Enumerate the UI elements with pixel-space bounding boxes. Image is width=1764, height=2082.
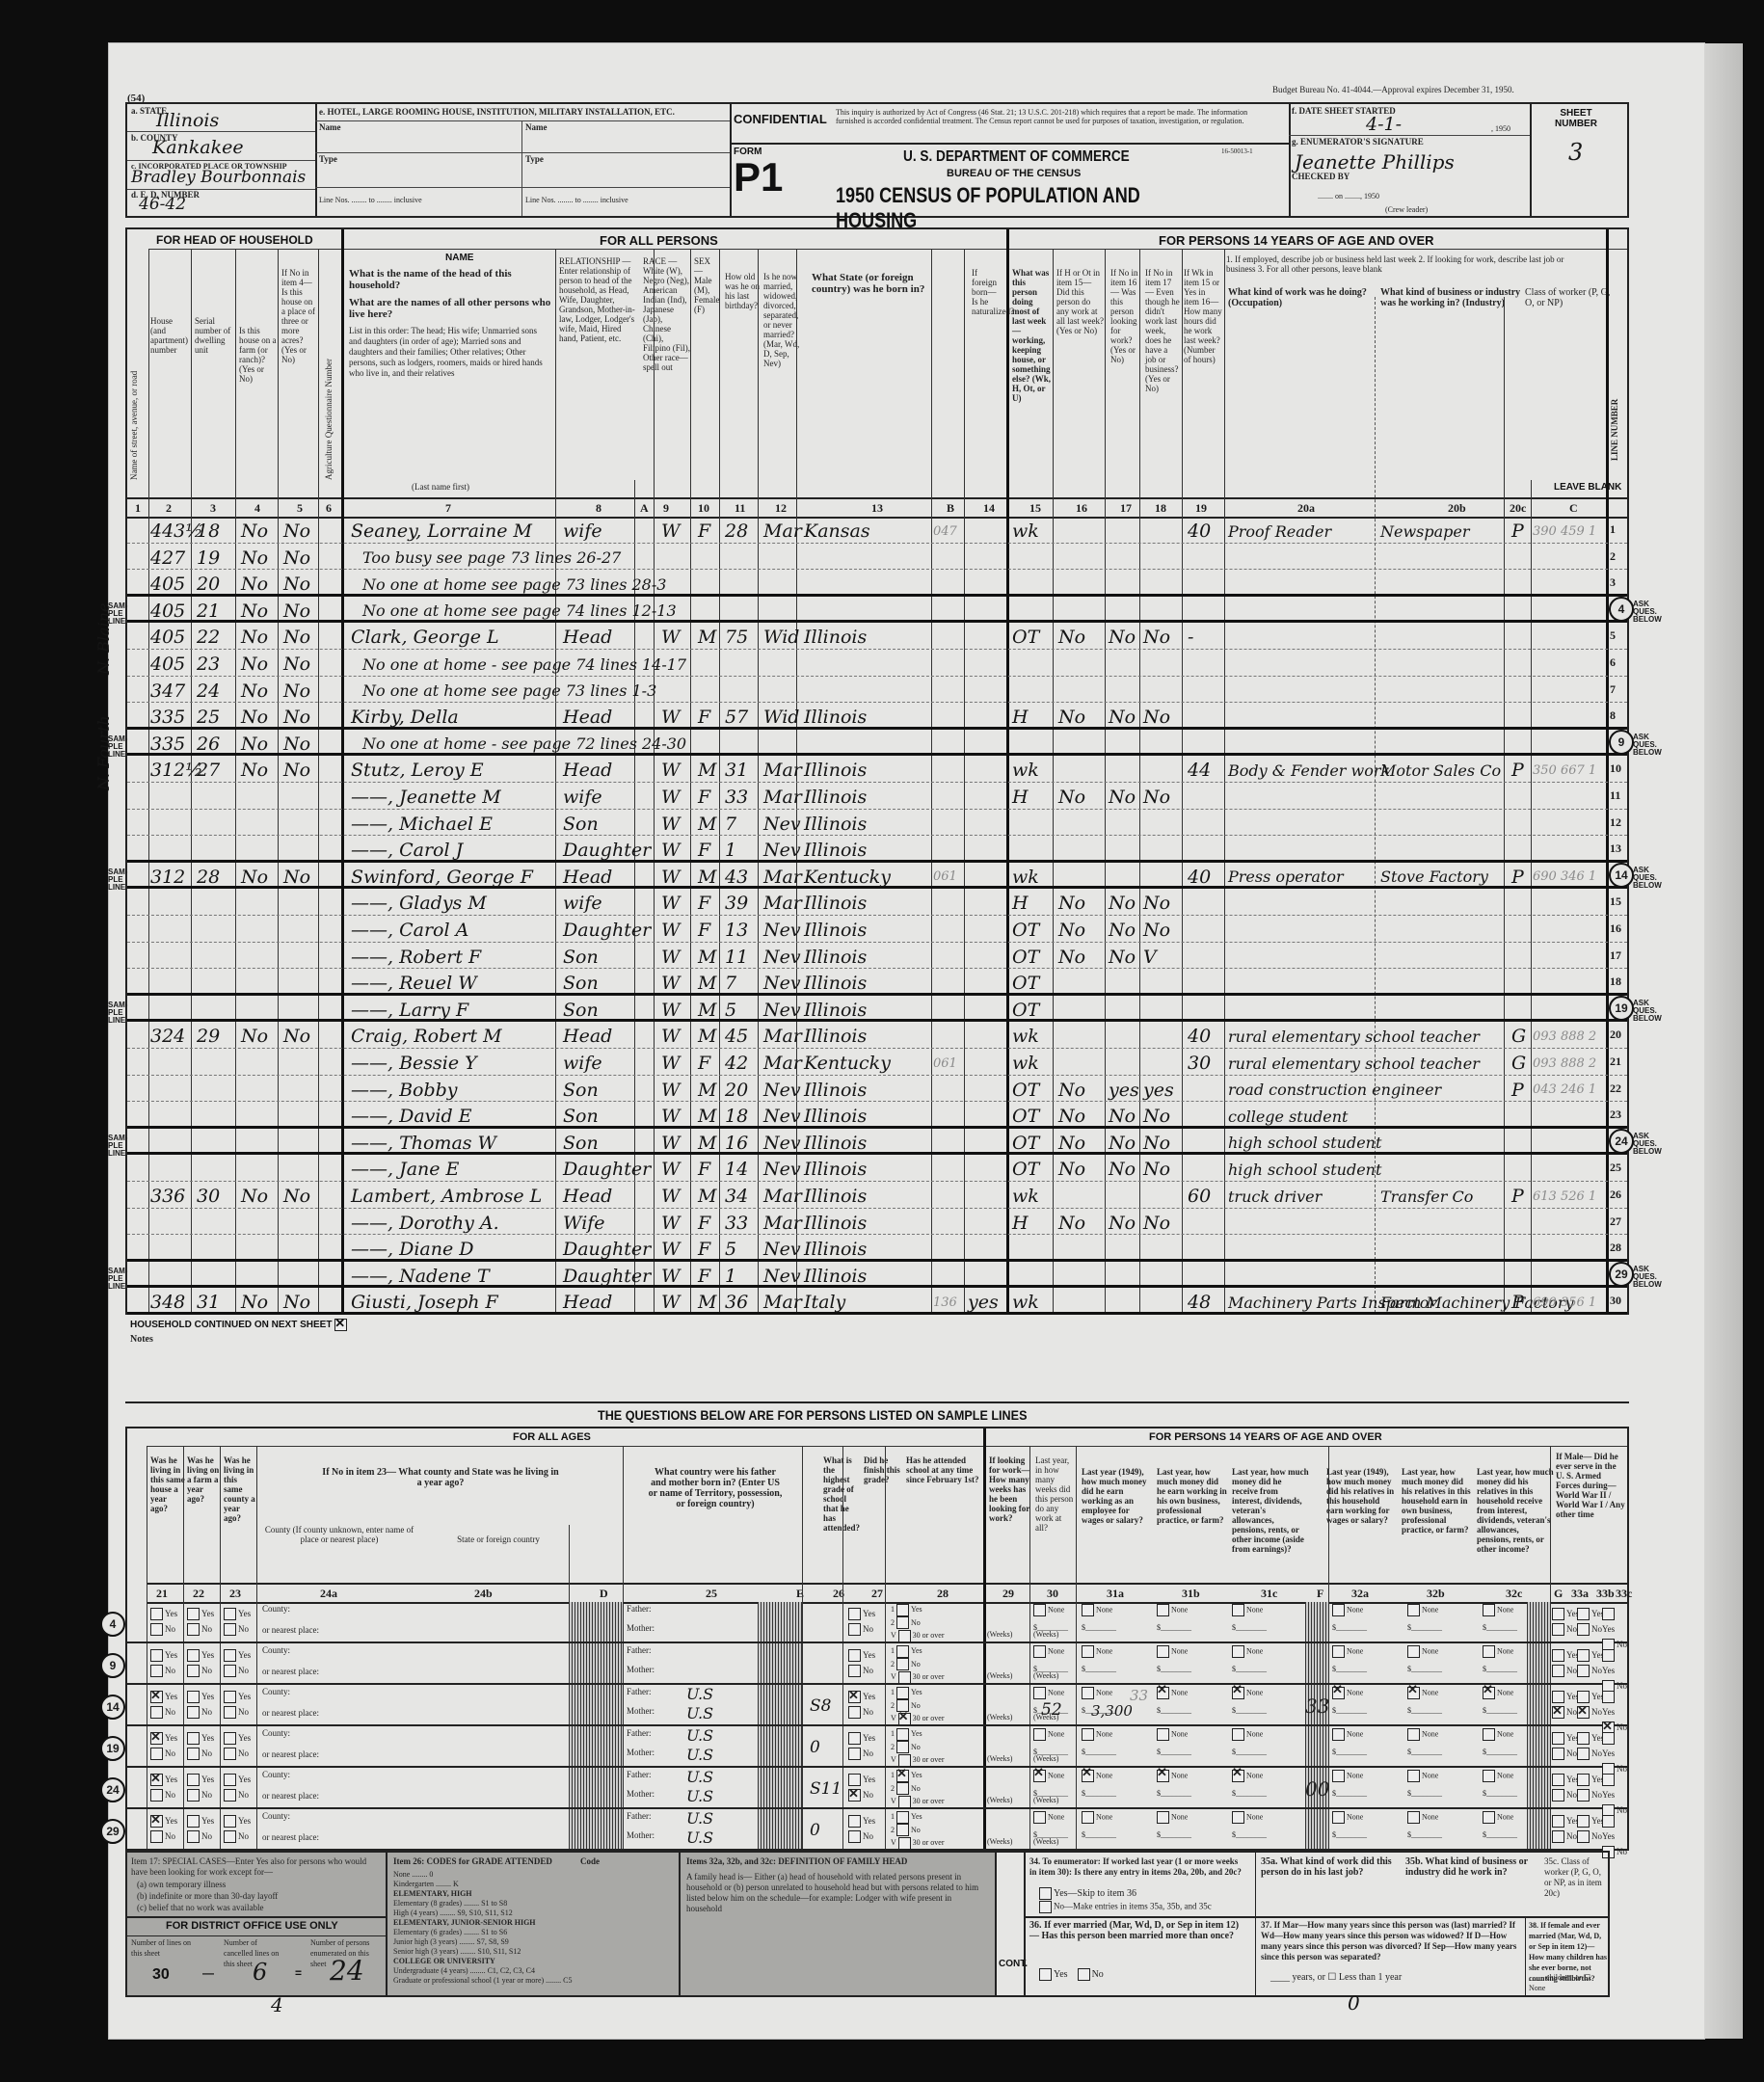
worked-cell: No (1058, 1157, 1085, 1182)
grade-code-row: Junior high (3 years) ........ S7, S8, S… (393, 1937, 673, 1947)
type-label-2: Type (525, 154, 544, 164)
line-number: 22 (1610, 1081, 1621, 1096)
relationship-cell: wife (563, 785, 602, 810)
q30-none[interactable]: None$________ (1033, 1811, 1068, 1840)
name-cell: ——, Bobby (351, 1078, 458, 1103)
activity-cell: H (1012, 1211, 1029, 1236)
sample-column-number-row: 21 22 23 24a 24b D 25 E 26 27 28 29 30 3… (147, 1583, 1627, 1604)
q32a-none[interactable]: None$________ (1332, 1687, 1367, 1716)
line-nos-1: Line Nos. ........ to ........ inclusive (319, 195, 422, 205)
sample-line-tag: SAM-PLE LINE (108, 1001, 127, 1025)
occupation-cell: rural elementary school teacher (1228, 1024, 1480, 1049)
item17-b: (b) indefinite or more than 30-day layof… (137, 1891, 278, 1902)
farm-cell: No (241, 732, 268, 757)
race-cell: W (661, 1264, 681, 1289)
table-row: ——, Dorothy A.WifeWF33MarIllinoisHNoNoNo… (127, 1209, 1627, 1236)
race-cell: W (661, 1157, 681, 1182)
q31c-none[interactable]: None$________ (1232, 1604, 1267, 1633)
sex-cell: M (698, 945, 716, 970)
occupation-note: 1. If employed, describe job or business… (1226, 254, 1592, 274)
q31b-none[interactable]: None$________ (1157, 1604, 1191, 1633)
line-number: 26 (1610, 1188, 1621, 1202)
name-cell: ——, Bessie Y (351, 1051, 477, 1076)
note-cell: No one at home - see page 72 lines 24-30 (362, 732, 686, 757)
county-label: County: (262, 1728, 290, 1739)
grade-code-row: High (4 years) ........ S9, S10, S11, S1… (393, 1908, 673, 1918)
age-cell: 1 (725, 838, 736, 863)
table-row: 34831NoNoGiusti, Joseph FHeadWM36MarItal… (127, 1288, 1627, 1315)
birthplace-cell: Illinois (804, 705, 867, 730)
looking-cell: No (1109, 625, 1136, 650)
q31c-none[interactable]: None$________ (1232, 1728, 1267, 1757)
q31a-none[interactable]: None$________ (1082, 1645, 1116, 1674)
q22-checkbox[interactable]: YesNo (187, 1730, 214, 1761)
sex-cell: M (698, 1290, 716, 1315)
sex-col-header: SEX — Male (M), Female (F) (694, 256, 721, 314)
line-number: 3 (1610, 575, 1616, 590)
q21-checkbox[interactable]: YesNo (150, 1647, 177, 1678)
marital-status-cell: Mar (763, 1211, 802, 1236)
race-cell: W (661, 1104, 681, 1129)
has-job-cell: No (1143, 1131, 1170, 1156)
q36-options[interactable]: Yes No (1039, 1968, 1104, 1981)
q27-checkbox[interactable]: YesNo (848, 1772, 875, 1802)
relationship-cell: Head (563, 758, 612, 783)
q32a-none[interactable]: None$________ (1332, 1645, 1367, 1674)
birthplace-cell: Illinois (804, 998, 867, 1023)
code-b-cell: 047 (933, 519, 957, 544)
q28-checkbox[interactable]: 1 Yes2 NoV 30 or over (891, 1810, 945, 1850)
class-of-worker-cell: G (1511, 1024, 1526, 1049)
birthplace-col-header: What State (or foreign country) was he b… (812, 272, 937, 295)
ask-questions-below: ASK QUES. BELOW (1633, 1133, 1652, 1156)
marital-status-cell: Mar (763, 1184, 802, 1209)
q31c-header: Last year, how much money did he receive… (1232, 1467, 1309, 1554)
farm-cell: No (241, 546, 268, 571)
line-number: 9 (1609, 730, 1634, 755)
worked-cell: No (1058, 1211, 1085, 1236)
q31b-none[interactable]: None$________ (1157, 1645, 1191, 1674)
age-cell: 5 (725, 998, 736, 1023)
worked-cell: No (1058, 785, 1085, 810)
looking-cell: No (1109, 1104, 1136, 1129)
sex-cell: M (698, 1131, 716, 1156)
q28-checkbox[interactable]: 1 Yes2 NoV 30 or over (891, 1727, 945, 1767)
race-cell: W (661, 945, 681, 970)
q25-header: What country were his father and mother … (648, 1467, 783, 1509)
acres-cell: No (283, 1184, 310, 1209)
q32b-none[interactable]: None$________ (1407, 1687, 1442, 1716)
sample-line-number: 29 (100, 1819, 125, 1844)
looking-cell: yes (1109, 1078, 1139, 1103)
sheet-number-label: SHEET NUMBER (1547, 108, 1605, 129)
table-row: 443½18NoNoSeaney, Lorraine MwifeWF28MarK… (127, 517, 1627, 544)
confidential-text: This inquiry is authorized by Act of Con… (836, 108, 1270, 125)
q33b-checkbox[interactable]: YesNo (1577, 1813, 1604, 1844)
grade-code-row: Elementary (8 grades) ........ S1 to S8 (393, 1899, 673, 1908)
occupation-code-cell: 390 459 1 (1533, 519, 1596, 544)
q27-checkbox[interactable]: YesNo (848, 1730, 875, 1761)
birthplace-cell: Kentucky (804, 1051, 891, 1076)
class-of-worker-cell: P (1511, 1184, 1524, 1209)
looking-cell: No (1109, 945, 1136, 970)
age-cell: 7 (725, 971, 736, 996)
q31b-none[interactable]: None$________ (1157, 1687, 1191, 1716)
q21-checkbox[interactable]: YesNo (150, 1730, 177, 1761)
mother-birthplace: U.S (686, 1828, 713, 1847)
q34-yes[interactable]: Yes—Skip to item 36 (1039, 1887, 1136, 1900)
nearest-place-label: or nearest place: (262, 1667, 319, 1677)
q31b-none[interactable]: None$________ (1157, 1728, 1191, 1757)
activity-cell: wk (1012, 758, 1039, 783)
q32b-none[interactable]: None$________ (1407, 1645, 1442, 1674)
line-number: 27 (1610, 1214, 1621, 1229)
county-label: County: (262, 1811, 290, 1822)
class-of-worker-cell: G (1511, 1051, 1526, 1076)
q32a-none[interactable]: None$________ (1332, 1770, 1367, 1799)
house-number-cell: 348 (150, 1290, 185, 1315)
occupation-code-cell: 690 356 1 (1533, 1290, 1596, 1315)
table-row: ——, Gladys MwifeWF39MarIllinoisHNoNoNo15 (127, 889, 1627, 916)
activity-cell: OT (1012, 1104, 1039, 1129)
q27-checkbox[interactable]: YesNo (848, 1813, 875, 1844)
q32c-none[interactable]: None$________ (1483, 1811, 1517, 1840)
birthplace-cell: Illinois (804, 891, 867, 916)
sex-cell: F (698, 1237, 710, 1262)
q33b-checkbox[interactable]: YesNo (1577, 1647, 1604, 1678)
acres-cell: No (283, 519, 310, 544)
q31a-none[interactable]: None$________ (1082, 1728, 1116, 1757)
q32b-none[interactable]: None$________ (1407, 1811, 1442, 1840)
q33b-checkbox[interactable]: YesNo (1577, 1772, 1604, 1802)
q32c-none[interactable]: None$________ (1483, 1687, 1517, 1716)
wage-income-code: 33 (1130, 1687, 1148, 1704)
serial-number-cell: 30 (197, 1184, 220, 1209)
marital-status-cell: Mar (763, 891, 802, 916)
name-cell: Seaney, Lorraine M (351, 519, 532, 544)
q31a-none[interactable]: None$________ (1082, 1770, 1116, 1799)
q30-none[interactable]: None$________ (1033, 1728, 1068, 1757)
line-number: 4 (1609, 597, 1634, 622)
leave-blank-c: LEAVE BLANK (1554, 482, 1621, 493)
farm-cell: No (241, 1290, 268, 1315)
naturalized-col-header: If foreign born— Is he naturalized? (972, 268, 1004, 316)
note-cell: Too busy see page 73 lines 26-27 (362, 546, 621, 571)
marital-status-cell: Wid (763, 625, 799, 650)
birthplace-cell: Illinois (804, 1131, 867, 1156)
line-number: 2 (1610, 549, 1616, 564)
name-cell: ——, Dorothy A. (351, 1211, 499, 1236)
age-cell: 18 (725, 1104, 748, 1129)
table-row: 40522NoNoClark, George LHeadWM75WidIllin… (127, 623, 1627, 650)
q33a-checkbox[interactable]: YesNo (1552, 1647, 1579, 1678)
note-cell: No one at home see page 74 lines 12-13 (362, 599, 677, 624)
q22-checkbox[interactable]: YesNo (187, 1689, 214, 1720)
line-number: 25 (1610, 1161, 1621, 1175)
q22-checkbox[interactable]: YesNo (187, 1647, 214, 1678)
age-cell: 31 (725, 758, 748, 783)
note-cell: No one at home - see page 74 lines 14-17 (362, 652, 686, 677)
q27-checkbox[interactable]: YesNo (848, 1647, 875, 1678)
q22-header: Was he living on a farm a year ago? (187, 1455, 220, 1504)
activity-cell: H (1012, 891, 1029, 916)
sample-row: YesNoYesNoYesNoCounty:or nearest place:F… (127, 1602, 1627, 1643)
acres-cell: No (283, 705, 310, 730)
q30-none[interactable]: None$________ (1033, 1645, 1068, 1674)
line-number: 13 (1610, 841, 1621, 856)
date-value: 4-1- (1366, 114, 1402, 135)
race-cell: W (661, 625, 681, 650)
industry-cell: Transfer Co (1380, 1184, 1473, 1209)
weeks-label-29: (Weeks) (987, 1836, 1012, 1847)
marital-status-cell: Mar (763, 1290, 802, 1315)
q30-none[interactable]: None$________ (1033, 1604, 1068, 1633)
street-col-header: Name of street, avenue, or road (129, 287, 147, 480)
race-cell: W (661, 838, 681, 863)
sex-cell: M (698, 625, 716, 650)
q33b-checkbox[interactable]: YesNo (1577, 1689, 1604, 1720)
activity-cell: OT (1012, 918, 1039, 943)
weeks-label-29: (Weeks) (987, 1795, 1012, 1805)
state-value: Illinois (156, 110, 219, 131)
q32b-none[interactable]: None$________ (1407, 1728, 1442, 1757)
q22-checkbox[interactable]: YesNo (187, 1606, 214, 1637)
has-job-cell: No (1143, 1157, 1170, 1182)
q31b-none[interactable]: None$________ (1157, 1811, 1191, 1840)
q22-checkbox[interactable]: YesNo (187, 1813, 214, 1844)
relationship-cell: Son (563, 998, 599, 1023)
q27-checkbox[interactable]: YesNo (848, 1689, 875, 1720)
acres-cell: No (283, 865, 310, 890)
type-label-1: Type (319, 154, 337, 164)
lines-label: Number of lines on this sheet (131, 1937, 193, 1959)
note-cell: No one at home see page 73 lines 28-3 (362, 572, 666, 597)
q30-header: Last year, in how many weeks did this pe… (1035, 1455, 1076, 1533)
enumerator-signature: Jeanette Phillips (1295, 150, 1455, 173)
q31a-none[interactable]: None$________ (1082, 1811, 1116, 1840)
mother-label: Mother: (627, 1623, 655, 1634)
note-cell: No one at home see page 73 lines 1-3 (362, 679, 656, 704)
q23-checkbox[interactable]: YesNo (224, 1606, 251, 1637)
age-cell: 28 (725, 519, 748, 544)
class-of-worker-cell: P (1511, 1078, 1524, 1103)
race-cell: W (661, 785, 681, 810)
occupation-cell: high school student (1228, 1157, 1381, 1182)
acres-cell: No (283, 625, 310, 650)
sample-line-number: 14 (100, 1695, 125, 1720)
line-number: 12 (1610, 815, 1621, 830)
name-cell: ——, Michael E (351, 812, 493, 837)
name-cell: ——, Larry F (351, 998, 468, 1023)
q33a-checkbox[interactable]: YesNo (1552, 1813, 1579, 1844)
q32c-none[interactable]: None$________ (1483, 1604, 1517, 1633)
street-name-2: N. Fourth (94, 715, 113, 790)
line-number: 11 (1610, 788, 1620, 803)
looking-col-header: If No in item 16— Was this person lookin… (1110, 268, 1141, 364)
enumerator-label: g. ENUMERATOR'S SIGNATURE (1292, 137, 1424, 147)
name-col-title: NAME (445, 253, 473, 263)
relationship-cell: Daughter (563, 838, 651, 863)
continued-checkbox[interactable] (334, 1319, 347, 1331)
q23-checkbox[interactable]: YesNo (224, 1689, 251, 1720)
marital-status-cell: Mar (763, 1051, 802, 1076)
q31c-none[interactable]: None$________ (1232, 1770, 1267, 1799)
q21-checkbox[interactable]: YesNo (150, 1813, 177, 1844)
race-cell: W (661, 1290, 681, 1315)
occupation-cell: truck driver (1228, 1184, 1322, 1209)
crew-leader: (Crew leader) (1385, 204, 1428, 215)
farm-cell: No (241, 519, 268, 544)
sex-cell: M (698, 1184, 716, 1209)
birthplace-cell: Illinois (804, 1211, 867, 1236)
line-number: 14 (1609, 863, 1634, 888)
q21-checkbox[interactable]: YesNo (150, 1689, 177, 1720)
name-col-q1: What is the name of the head of this hou… (349, 268, 551, 291)
birthplace-cell: Italy (804, 1290, 845, 1315)
relationship-cell: wife (563, 519, 602, 544)
q21-checkbox[interactable]: YesNo (150, 1772, 177, 1802)
q33b-checkbox[interactable]: YesNo (1577, 1606, 1604, 1637)
q31a-none[interactable]: None$________ (1082, 1604, 1116, 1633)
grade-attended: 0 (810, 1821, 820, 1840)
header-block: a. STATE Illinois b. COUNTY Kankakee c. … (125, 102, 1629, 218)
sample-persons-14-heading: FOR PERSONS 14 YEARS OF AGE AND OVER (1149, 1431, 1382, 1443)
table-row: ——, Bessie YwifeWF42MarKentucky061wk30ru… (127, 1049, 1627, 1076)
mother-label: Mother: (627, 1665, 655, 1675)
q32a-none[interactable]: None$________ (1332, 1811, 1367, 1840)
grade-attended: S8 (810, 1696, 831, 1716)
grade-code-row: None ........ 0 (393, 1870, 673, 1880)
q30-none[interactable]: None$________ (1033, 1770, 1068, 1799)
lines-value: 30 (152, 1966, 170, 1984)
marital-status-cell: Nev (763, 1264, 801, 1289)
q31c-none[interactable]: None$________ (1232, 1645, 1267, 1674)
occupation-code-cell: 093 888 2 (1533, 1051, 1596, 1076)
q27-checkbox[interactable]: YesNo (848, 1606, 875, 1637)
name-cell: ——, Gladys M (351, 891, 487, 916)
table-row: ——, Carol ADaughterWF13NevIllinoisOTNoNo… (127, 916, 1627, 943)
activity-cell: wk (1012, 519, 1039, 544)
table-row: 42719NoNoToo busy see page 73 lines 26-2… (127, 544, 1627, 571)
mother-label: Mother: (627, 1748, 655, 1758)
birthplace-cell: Illinois (804, 1264, 867, 1289)
marital-status-cell: Nev (763, 1078, 801, 1103)
q32c-none[interactable]: None$________ (1483, 1770, 1517, 1799)
worked-cell: No (1058, 945, 1085, 970)
line-number: 30 (1610, 1294, 1621, 1308)
relationship-cell: Son (563, 812, 599, 837)
serial-number-cell: 26 (197, 732, 220, 757)
county-label: County: (262, 1687, 290, 1697)
q32a-none[interactable]: None$________ (1332, 1604, 1367, 1633)
name-cell: ——, Diane D (351, 1237, 473, 1262)
q28-checkbox[interactable]: 1 Yes2 NoV 30 or over (891, 1769, 945, 1808)
father-birthplace: U.S (686, 1726, 713, 1745)
head-of-household-heading: FOR HEAD OF HOUSEHOLD (156, 233, 313, 247)
looking-cell: No (1109, 891, 1136, 916)
occupation-cell: Press operator (1228, 865, 1344, 890)
name-label-1: Name (319, 122, 341, 132)
serial-number-cell: 31 (197, 1290, 220, 1315)
q31c-none[interactable]: None$________ (1232, 1687, 1267, 1716)
q23-checkbox[interactable]: YesNo (224, 1647, 251, 1678)
sample-row: YesNoYesNoYesNoCounty:or nearest place:F… (127, 1643, 1627, 1685)
marital-status-cell: Nev (763, 971, 801, 996)
house-number-cell: 405 (150, 572, 185, 597)
grade-code-row: Kindergarten ........ K (393, 1880, 673, 1889)
sex-cell: M (698, 758, 716, 783)
race-col-header: RACE — White (W), Negro (Neg), American … (643, 256, 691, 372)
code-b-cell: 061 (933, 1051, 957, 1076)
acres-cell: No (283, 732, 310, 757)
grade-attended: S11 (810, 1779, 842, 1799)
race-cell: W (661, 705, 681, 730)
q33b-checkbox[interactable]: YesNo (1577, 1730, 1604, 1761)
street-name-1: N. Blaine (94, 603, 113, 675)
house-number-cell: 335 (150, 732, 185, 757)
birthplace-cell: Illinois (804, 785, 867, 810)
q33a-checkbox[interactable]: YesNo (1552, 1772, 1579, 1802)
q28-checkbox[interactable]: 1 Yes2 NoV 30 or over (891, 1603, 945, 1642)
table-row: ——, Diane DDaughterWF5NevIllinois28 (127, 1235, 1627, 1262)
worked-cell: No (1058, 1078, 1085, 1103)
q34-no[interactable]: No—Make entries in items 35a, 35b, and 3… (1039, 1901, 1212, 1913)
q28-header: Has he attended school at any time since… (906, 1455, 983, 1484)
item17-c: (c) belief that no work was available (137, 1903, 263, 1913)
q27-header: Did he finish this grade? (864, 1455, 902, 1484)
q32c-none[interactable]: None$________ (1483, 1728, 1517, 1757)
worked-cell: No (1058, 705, 1085, 730)
q33a-checkbox[interactable]: YesNo (1552, 1689, 1579, 1720)
q32b-none[interactable]: None$________ (1407, 1604, 1442, 1633)
q33a-checkbox[interactable]: YesNo (1552, 1606, 1579, 1637)
relationship-cell: Head (563, 1290, 612, 1315)
q32a-none[interactable]: None$________ (1332, 1728, 1367, 1757)
has-job-cell: No (1143, 785, 1170, 810)
item17-a: (a) own temporary illness (137, 1880, 226, 1890)
q32b-none[interactable]: None$________ (1407, 1770, 1442, 1799)
q31c-none[interactable]: None$________ (1232, 1811, 1267, 1840)
q31a-header: Last year (1949), how much money did he … (1082, 1467, 1153, 1525)
weeks-worked: 52 (1041, 1700, 1062, 1720)
weeks-label-29: (Weeks) (987, 1629, 1012, 1640)
q23-checkbox[interactable]: YesNo (224, 1772, 251, 1802)
q28-checkbox[interactable]: 1 Yes2 NoV 30 or over (891, 1644, 945, 1684)
relationship-cell: Daughter (563, 1264, 651, 1289)
activity-cell: OT (1012, 1078, 1039, 1103)
has-job-cell: No (1143, 891, 1170, 916)
birthplace-cell: Illinois (804, 1104, 867, 1129)
marital-status-cell: Mar (763, 785, 802, 810)
relationship-cell: Son (563, 1078, 599, 1103)
house-number-cell: 336 (150, 1184, 185, 1209)
q21-checkbox[interactable]: YesNo (150, 1606, 177, 1637)
q32c-none[interactable]: None$________ (1483, 1645, 1517, 1674)
q23-checkbox[interactable]: YesNo (224, 1813, 251, 1844)
q23-checkbox[interactable]: YesNo (224, 1730, 251, 1761)
line-number: 20 (1610, 1028, 1621, 1042)
q33a-checkbox[interactable]: YesNo (1552, 1730, 1579, 1761)
activity-cell: wk (1012, 1184, 1039, 1209)
line-number: 10 (1610, 761, 1621, 776)
q31b-none[interactable]: None$________ (1157, 1770, 1191, 1799)
q22-checkbox[interactable]: YesNo (187, 1772, 214, 1802)
line-number: 8 (1610, 708, 1616, 723)
q28-checkbox[interactable]: 1 Yes2 NoV 30 or over (891, 1686, 945, 1725)
race-cell: W (661, 519, 681, 544)
county-label: County: (262, 1770, 290, 1780)
sex-cell: M (698, 865, 716, 890)
